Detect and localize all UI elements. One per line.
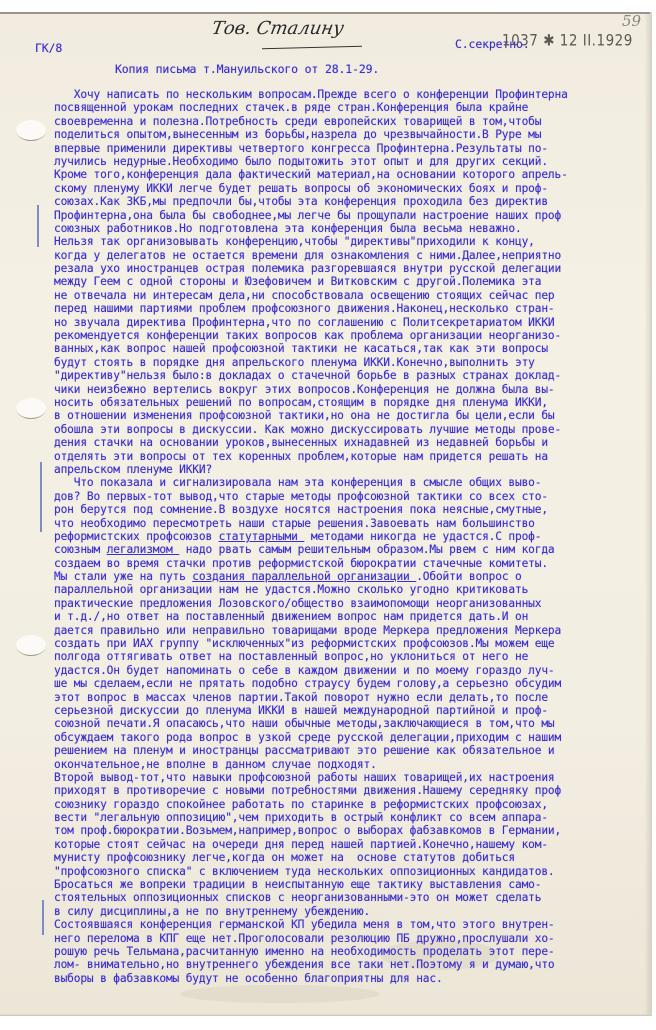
text-line: рон берутся под сомнение.В воздухе носят… [54, 503, 644, 516]
text-line: союзных работников.Но подготовлена эта к… [54, 222, 644, 235]
text-line: не отвечала ни интересам дела,ни способс… [54, 289, 644, 302]
text-line: вести "легальную оппозицию",чем приходит… [54, 811, 644, 824]
margin-pencil-mark [40, 462, 42, 532]
text-line: резала ухо иностранцев острая полемика р… [54, 262, 644, 275]
text-line: Профинтерна,она была бы свободнее,мы лег… [54, 209, 644, 222]
text-line: том проф.бюрократии.Возьмем,например,воп… [54, 824, 644, 837]
text-line: создаем во время стачки против реформист… [54, 557, 644, 570]
text-line: рошую речь Тельмана,расчитанную именно н… [54, 945, 644, 958]
text-line: но звучала директива Профинтерна,что по … [54, 316, 644, 329]
text-line: "директиву"нельзя было:в докладах о стач… [54, 369, 644, 382]
text-line: ванных,как вопрос нашей профсоюзной такт… [54, 342, 644, 355]
punch-hole [16, 120, 46, 141]
text-line: апрельском пленуме ИККИ? [54, 463, 644, 476]
text-line: решением на пленум и иностранцы рассматр… [54, 744, 644, 757]
text-line: чики неизбежно вертелись вокруг этих воп… [54, 383, 644, 396]
text-line: выборы в фабзавкомы будут не особенно бл… [54, 972, 644, 985]
text-line: и т.д./,но ответ на поставленный движени… [54, 610, 644, 623]
text-line: дов? Во первых-тот вывод,что старые мето… [54, 490, 644, 503]
text-line: Хочу написать по нескольким вопросам.Пре… [54, 88, 644, 101]
text-line: поделиться опытом,вынесенным из борьбы,н… [54, 128, 644, 141]
paper-stain [180, 985, 380, 1003]
text-line: серьезной дискуссии до пленума ИККИ в на… [54, 704, 644, 717]
text-line: приходят в противоречие с новыми потребн… [54, 784, 644, 797]
text-line: дения стачки на основании уроков,вынесен… [54, 436, 644, 449]
margin-pencil-mark [42, 900, 44, 935]
text-line: этот вопрос в массах членов партии.Такой… [54, 691, 644, 704]
text-line: Второй вывод-тот,что навыки профсоюзной … [54, 771, 644, 784]
text-line: своевременна и полезна.Потребность среди… [54, 115, 644, 128]
text-line: практические предложения Лозовского/обще… [54, 597, 644, 610]
text-line: союзах.Как ЗКБ,мы предпочли бы,чтобы эта… [54, 195, 644, 208]
text-line: создать при ИАХ группу "исключенных"из р… [54, 637, 644, 650]
margin-pencil-mark [37, 205, 39, 247]
text-line: ше мы сделаем,если не прятать подобно ст… [54, 677, 644, 690]
underlined-phrase: создания параллельной организации [192, 570, 416, 583]
text-line: "профсоюзного списка" с включением туда … [54, 865, 644, 878]
text-line: Мы стали уже на путь создания параллельн… [54, 570, 644, 583]
underlined-phrase: легализмом [107, 543, 179, 556]
text-line: в отношении изменения профсоюзной тактик… [54, 409, 644, 422]
reference-code: ГК/8 [35, 42, 62, 55]
text-line: когда у делегатов не остается времени дл… [54, 249, 644, 262]
text-line: носить обязательных решений по вопросам,… [54, 396, 644, 409]
text-line: в силу дисциплины,а не по внутреннему уб… [54, 905, 644, 918]
letter-body: Хочу написать по нескольким вопросам.Пре… [54, 88, 644, 985]
text-line: рекомендуется конференции таких вопросов… [54, 329, 644, 342]
text-line: впервые применили директивы четвертого к… [54, 142, 644, 155]
underlined-phrase: статутарными [219, 530, 305, 543]
text-line: полгода оттягивать ответ на поставленный… [54, 650, 644, 663]
text-line: мунисту профсоюзнику легче,когда он може… [54, 851, 644, 864]
text-line: обсуждаем такого рода вопрос в узкой сре… [54, 731, 644, 744]
text-line: лом- внимательно,но внутреннего убеждени… [54, 958, 644, 971]
text-line: отделять эти вопросы от тех коренных про… [54, 450, 644, 463]
text-line: будут стоять в порядке дня апрельского п… [54, 356, 644, 369]
registration-stamp: 1037 ✱ 12 II.1929 [502, 32, 633, 50]
text-line: скому пленуму ИККИ легче будет решать во… [54, 182, 644, 195]
punch-hole [16, 398, 46, 419]
text-line: которые стоят сейчас на очереди дня пере… [54, 838, 644, 851]
text-line: дается правильно или неправильно товарищ… [54, 624, 644, 637]
text-line: союзным легализмом надо рвать самым реши… [54, 543, 644, 556]
text-line: союзной печати.Я опасаюсь,что наши обычн… [54, 717, 644, 730]
handwritten-addressee: Тов. Сталину [210, 18, 345, 39]
document-title: Копия письма т.Мануильского от 28.1-29. [115, 63, 379, 76]
punch-hole [16, 635, 46, 656]
text-line: перед нашими партиями проблем профсоюзно… [54, 302, 644, 315]
text-line: Состоявшаяся конференция германской КП у… [54, 918, 644, 931]
text-line: между Геем с одной стороны и Юзефовичем … [54, 275, 644, 288]
text-line: параллельной организации нам не удастся.… [54, 583, 644, 596]
text-line: окончательное,не вполне в данном случае … [54, 758, 644, 771]
page-number: 59 [622, 12, 641, 30]
text-line: удастся.Он будет напоминать о себе в каж… [54, 664, 644, 677]
text-line: Кроме того,конференция дала фактический … [54, 168, 644, 181]
text-line: реформистских профсоюзов статутарными ме… [54, 530, 644, 543]
text-line: обошла эти вопросы в дискуссии. Как можн… [54, 423, 644, 436]
text-line: стоятельных оппозиционных списков с неор… [54, 891, 644, 904]
text-line: союзнику гораздо спокойнее работать по с… [54, 798, 644, 811]
text-line: Нельзя так организовывать конференцию,чт… [54, 235, 644, 248]
text-line: что необходимо пересмотреть наши старые … [54, 517, 644, 530]
text-line: него перелома в КПГ еще нет.Проголосовал… [54, 932, 644, 945]
text-line: Что показала и сигнализировала нам эта к… [54, 476, 644, 489]
text-line: лучились недурные.Необходимо было подыто… [54, 155, 644, 168]
text-line: Бросаться же вопреки традиции в неиспыта… [54, 878, 644, 891]
text-line: посвященной урокам последних стачек.в ря… [54, 101, 644, 114]
